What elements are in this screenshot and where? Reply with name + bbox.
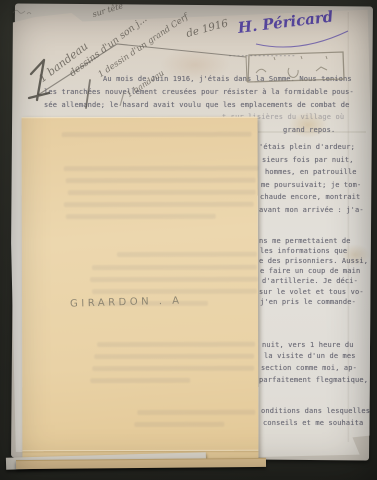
typed-fragment: section comme moi, ap- — [261, 364, 357, 373]
typed-fragment: sur le volet et tous vo- — [259, 288, 364, 297]
typed-fragment: 'étais plein d'ardeur; — [259, 143, 355, 152]
typed-fragment: nuit, vers 1 heure du — [262, 341, 354, 350]
overlay-sheet: GIRARDON . A — [22, 117, 259, 463]
typed-fragment: sieurs fois par nuit, — [262, 156, 354, 165]
typed-fragment: me poursuivait; je tom- — [261, 181, 361, 190]
typed-fragment: parfaitement flegmatique, — [259, 376, 368, 385]
bottom-sheet-edge — [16, 458, 266, 469]
typed-fragment: conseils et me souhaita — [263, 419, 363, 428]
typed-line: sée allemande; le hasard avait voulu que… — [44, 101, 350, 110]
scanned-document-photo: ---------------- Au mois de Juin 1916, j… — [0, 0, 377, 480]
typed-line: les tranchées nouvellement creusées pour… — [44, 88, 354, 97]
typed-fragment: avant mon arrivée : j'a- — [259, 206, 364, 215]
overlay-handwritten-name: GIRARDON . A — [70, 295, 183, 309]
typed-fragment: d'artillerie. Je déci- — [262, 277, 358, 286]
typed-fragment: e faire un coup de main — [260, 267, 360, 276]
separator-dashes: ---------------- — [228, 52, 295, 61]
typed-fragment: hommes, en patrouille — [265, 168, 357, 177]
typed-fragment: e des prisonniers. Aussi, — [259, 257, 368, 266]
typed-fragment: ns me permettaient de — [259, 237, 351, 246]
typed-fragment: chaude encore, montrait — [260, 193, 360, 202]
typed-fragment: les informations que — [260, 247, 347, 256]
typed-line: grand repos. — [283, 126, 335, 135]
typed-fragment: la visite d'un de mes — [264, 352, 356, 361]
typed-fragment: onditions dans lesquelles — [261, 407, 370, 416]
typed-fragment: j'en pris le commande- — [260, 298, 356, 307]
